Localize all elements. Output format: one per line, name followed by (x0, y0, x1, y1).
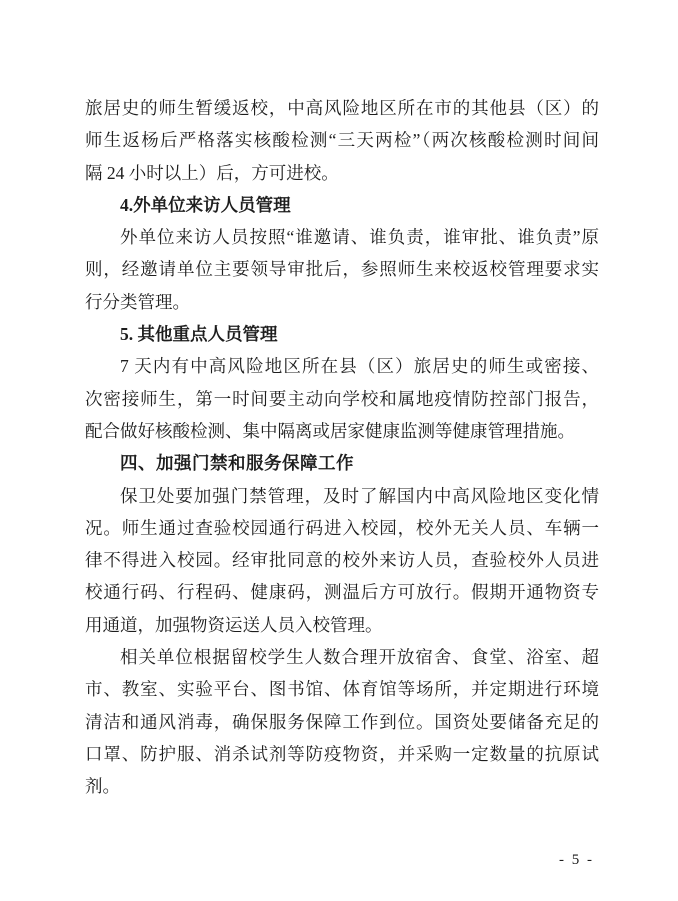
body-line: 市、教室、实验平台、图书馆、体育馆等场所，并定期进行环境 (85, 673, 599, 705)
document-page: 旅居史的师生暂缓返校，中高风险地区所在市的其他县（区）的 师生返杨后严格落实核酸… (0, 0, 678, 901)
section-heading-4: 四、加强门禁和服务保障工作 (85, 447, 599, 479)
body-line: 口罩、防护服、消杀试剂等防疫物资，并采购一定数量的抗原试 (85, 738, 599, 770)
body-line: 行分类管理。 (85, 286, 599, 318)
body-line: 旅居史的师生暂缓返校，中高风险地区所在市的其他县（区）的 (85, 92, 599, 124)
subheading-5: 5. 其他重点人员管理 (85, 318, 599, 350)
body-line: 次密接师生，第一时间要主动向学校和属地疫情防控部门报告， (85, 383, 599, 415)
body-line: 况。师生通过查验校园通行码进入校园，校外无关人员、车辆一 (85, 512, 599, 544)
body-line: 清洁和通风消毒，确保服务保障工作到位。国资处要储备充足的 (85, 706, 599, 738)
body-line: 用通道，加强物资运送人员入校管理。 (85, 609, 599, 641)
body-line: 7 天内有中高风险地区所在县（区）旅居史的师生或密接、 (85, 350, 599, 382)
body-line: 律不得进入校园。经审批同意的校外来访人员，查验校外人员进 (85, 544, 599, 576)
page-number: - 5 - (559, 852, 594, 869)
body-line: 校通行码、行程码、健康码，测温后方可放行。假期开通物资专 (85, 576, 599, 608)
document-body: 旅居史的师生暂缓返校，中高风险地区所在市的其他县（区）的 师生返杨后严格落实核酸… (85, 92, 599, 803)
body-line: 相关单位根据留校学生人数合理开放宿舍、食堂、浴室、超 (85, 641, 599, 673)
body-line: 保卫处要加强门禁管理，及时了解国内中高风险地区变化情 (85, 480, 599, 512)
body-line: 配合做好核酸检测、集中隔离或居家健康监测等健康管理措施。 (85, 415, 599, 447)
body-line: 师生返杨后严格落实核酸检测“三天两检”（两次核酸检测时间间 (85, 124, 599, 156)
body-line: 隔 24 小时以上）后，方可进校。 (85, 157, 599, 189)
body-line: 剂。 (85, 770, 599, 802)
subheading-4: 4.外单位来访人员管理 (85, 189, 599, 221)
body-line: 则，经邀请单位主要领导审批后，参照师生来校返校管理要求实 (85, 253, 599, 285)
body-line: 外单位来访人员按照“谁邀请、谁负责，谁审批、谁负责”原 (85, 221, 599, 253)
